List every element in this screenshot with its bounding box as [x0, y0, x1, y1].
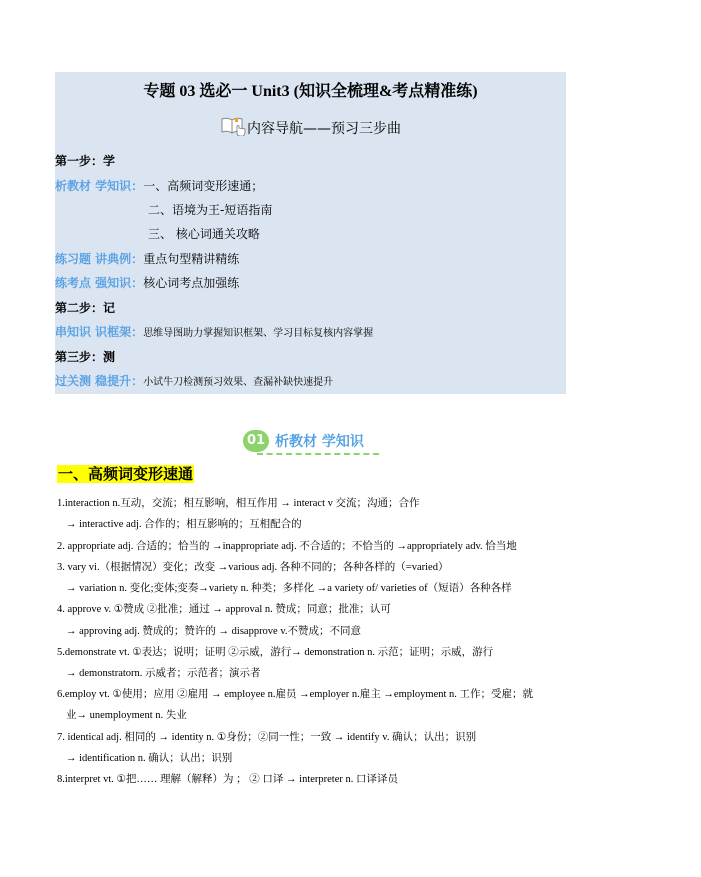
nav-row-text: 重点句型精讲精练 [143, 252, 239, 266]
vocab-line: 业→ unemployment n. 失业 [66, 707, 187, 722]
navigation-heading: 内容导航——预习三步曲 [55, 116, 566, 140]
nav-row-label: 过关测 稳提升： [55, 374, 143, 388]
step-1-heading: 第一步：学 [55, 152, 115, 169]
document-title: 专题 03 选必一 Unit3 (知识全梳理&考点精准练) [55, 78, 566, 101]
section-badge: 01 析教材 学知识 [243, 428, 383, 456]
dashed-underline [257, 453, 379, 455]
section-number-badge: 01 [243, 430, 269, 452]
nav-row-label: 练考点 强知识： [55, 276, 143, 290]
section-heading-highlighted: 一、高频词变形速通 [57, 465, 194, 483]
book-pointer-icon [220, 116, 246, 140]
step-3-heading: 第三步：测 [55, 348, 115, 365]
vocab-line: → identification n. 确认；认出；识别 [66, 750, 232, 765]
vocab-line: 3. vary vi.（根据情况）变化；改变 →various adj. 各种不… [57, 559, 448, 574]
nav-row-item: 三、 核心词通关攻略 [148, 225, 260, 242]
content-navigation-box: 专题 03 选必一 Unit3 (知识全梳理&考点精准练) 内容导航——预习三步… [55, 72, 566, 394]
nav-row-item: 一、高频词变形速通； [143, 179, 263, 193]
vocab-line: 5.demonstrate vt. ①表达；说明；证明 ②示威，游行→ demo… [57, 644, 493, 659]
nav-row-framework: 串知识 识框架：思维导图助力掌握知识框架、学习目标复核内容掌握 [55, 323, 373, 340]
navigation-heading-text: 内容导航——预习三步曲 [247, 121, 401, 137]
nav-row-item: 二、语境为王-短语指南 [148, 201, 272, 218]
vocab-line: → interactive adj. 合作的；相互影响的；互相配合的 [66, 516, 302, 531]
vocab-line: 7. identical adj. 相同的 → identity n. ①身份；… [57, 729, 476, 744]
nav-row-text: 小试牛刀检测预习效果、查漏补缺快速提升 [143, 377, 333, 388]
nav-row-label: 串知识 识框架： [55, 325, 143, 339]
vocab-line: 1.interaction n.互动，交流；相互影响，相互作用 → intera… [57, 495, 420, 510]
section-badge-title: 析教材 学知识 [275, 431, 364, 451]
nav-row-label: 析教材 学知识： [55, 179, 143, 193]
vocab-line: 6.employ vt. ①使用；应用 ②雇用 → employee n.雇员 … [57, 686, 533, 701]
vocab-line: 2. appropriate adj. 合适的；恰当的 →inappropria… [57, 538, 517, 553]
nav-row-exam-points: 练考点 强知识：核心词考点加强练 [55, 274, 239, 291]
nav-row-practice: 练习题 讲典例：重点句型精讲精练 [55, 250, 239, 267]
vocab-line: 4. approve v. ①赞成 ②批准；通过 → approval n. 赞… [57, 601, 391, 616]
nav-row-study: 析教材 学知识：一、高频词变形速通； [55, 177, 263, 194]
vocab-line: 8.interpret vt. ①把…… 理解（解释）为 ； ② 口译 → in… [57, 771, 398, 786]
nav-row-text: 核心词考点加强练 [143, 276, 239, 290]
nav-row-label: 练习题 讲典例： [55, 252, 143, 266]
step-2-heading: 第二步：记 [55, 299, 115, 316]
nav-row-text: 思维导图助力掌握知识框架、学习目标复核内容掌握 [143, 328, 373, 339]
vocab-line: → demonstratorn. 示威者；示范者；演示者 [66, 665, 261, 680]
vocab-line: → approving adj. 赞成的；赞许的 → disapprove v.… [66, 623, 361, 638]
nav-row-test: 过关测 稳提升：小试牛刀检测预习效果、查漏补缺快速提升 [55, 372, 333, 389]
vocab-line: → variation n. 变化;变体;变奏→variety n. 种类；多样… [66, 580, 512, 595]
